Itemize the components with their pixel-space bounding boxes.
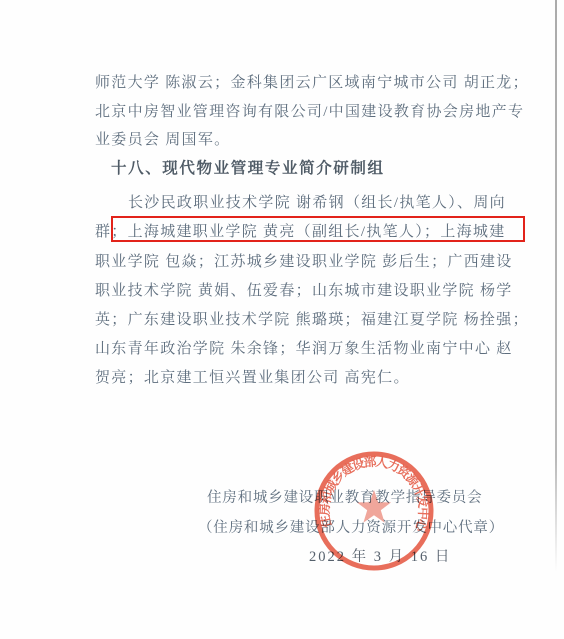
document-line: 职业学院 包焱；江苏城乡建设职业学院 彭后生；广西建设 — [95, 250, 513, 272]
document-line: 北京中房智业管理咨询有限公司/中国建设教育协会房地产专 — [95, 100, 524, 122]
document-line: 业委员会 周国军。 — [95, 128, 230, 150]
document-line: 职业技术学院 黄娟、伍爱春；山东城市建设职业学院 杨学 — [95, 279, 513, 301]
official-seal: 住房和城乡建设部人力资源开发中心 — [304, 441, 444, 581]
document-line: 贺亮；北京建工恒兴置业集团公司 高宪仁。 — [95, 366, 410, 388]
document-line-highlighted: 群；上海城建职业学院 黄亮（副组长/执笔人）；上海城建 — [95, 220, 506, 242]
document-line: 长沙民政职业技术学院 谢希钢（组长/执笔人）、周向 — [128, 191, 506, 213]
star-icon — [357, 490, 391, 523]
document-line: 英；广东建设职业技术学院 熊璐瑛；福建江夏学院 杨拴强； — [95, 308, 529, 330]
section-heading: 十八、现代物业管理专业简介研制组 — [111, 156, 385, 178]
document-line: 山东青年政治学院 朱余锋；华润万象生活物业南宁中心 赵 — [95, 337, 513, 359]
document-line: 师范大学 陈淑云；金科集团云广区域南宁城市公司 胡正龙； — [95, 71, 529, 93]
page-right-edge — [555, 0, 557, 572]
scanned-document-page: 师范大学 陈淑云；金科集团云广区域南宁城市公司 胡正龙； 北京中房智业管理咨询有… — [0, 0, 564, 639]
